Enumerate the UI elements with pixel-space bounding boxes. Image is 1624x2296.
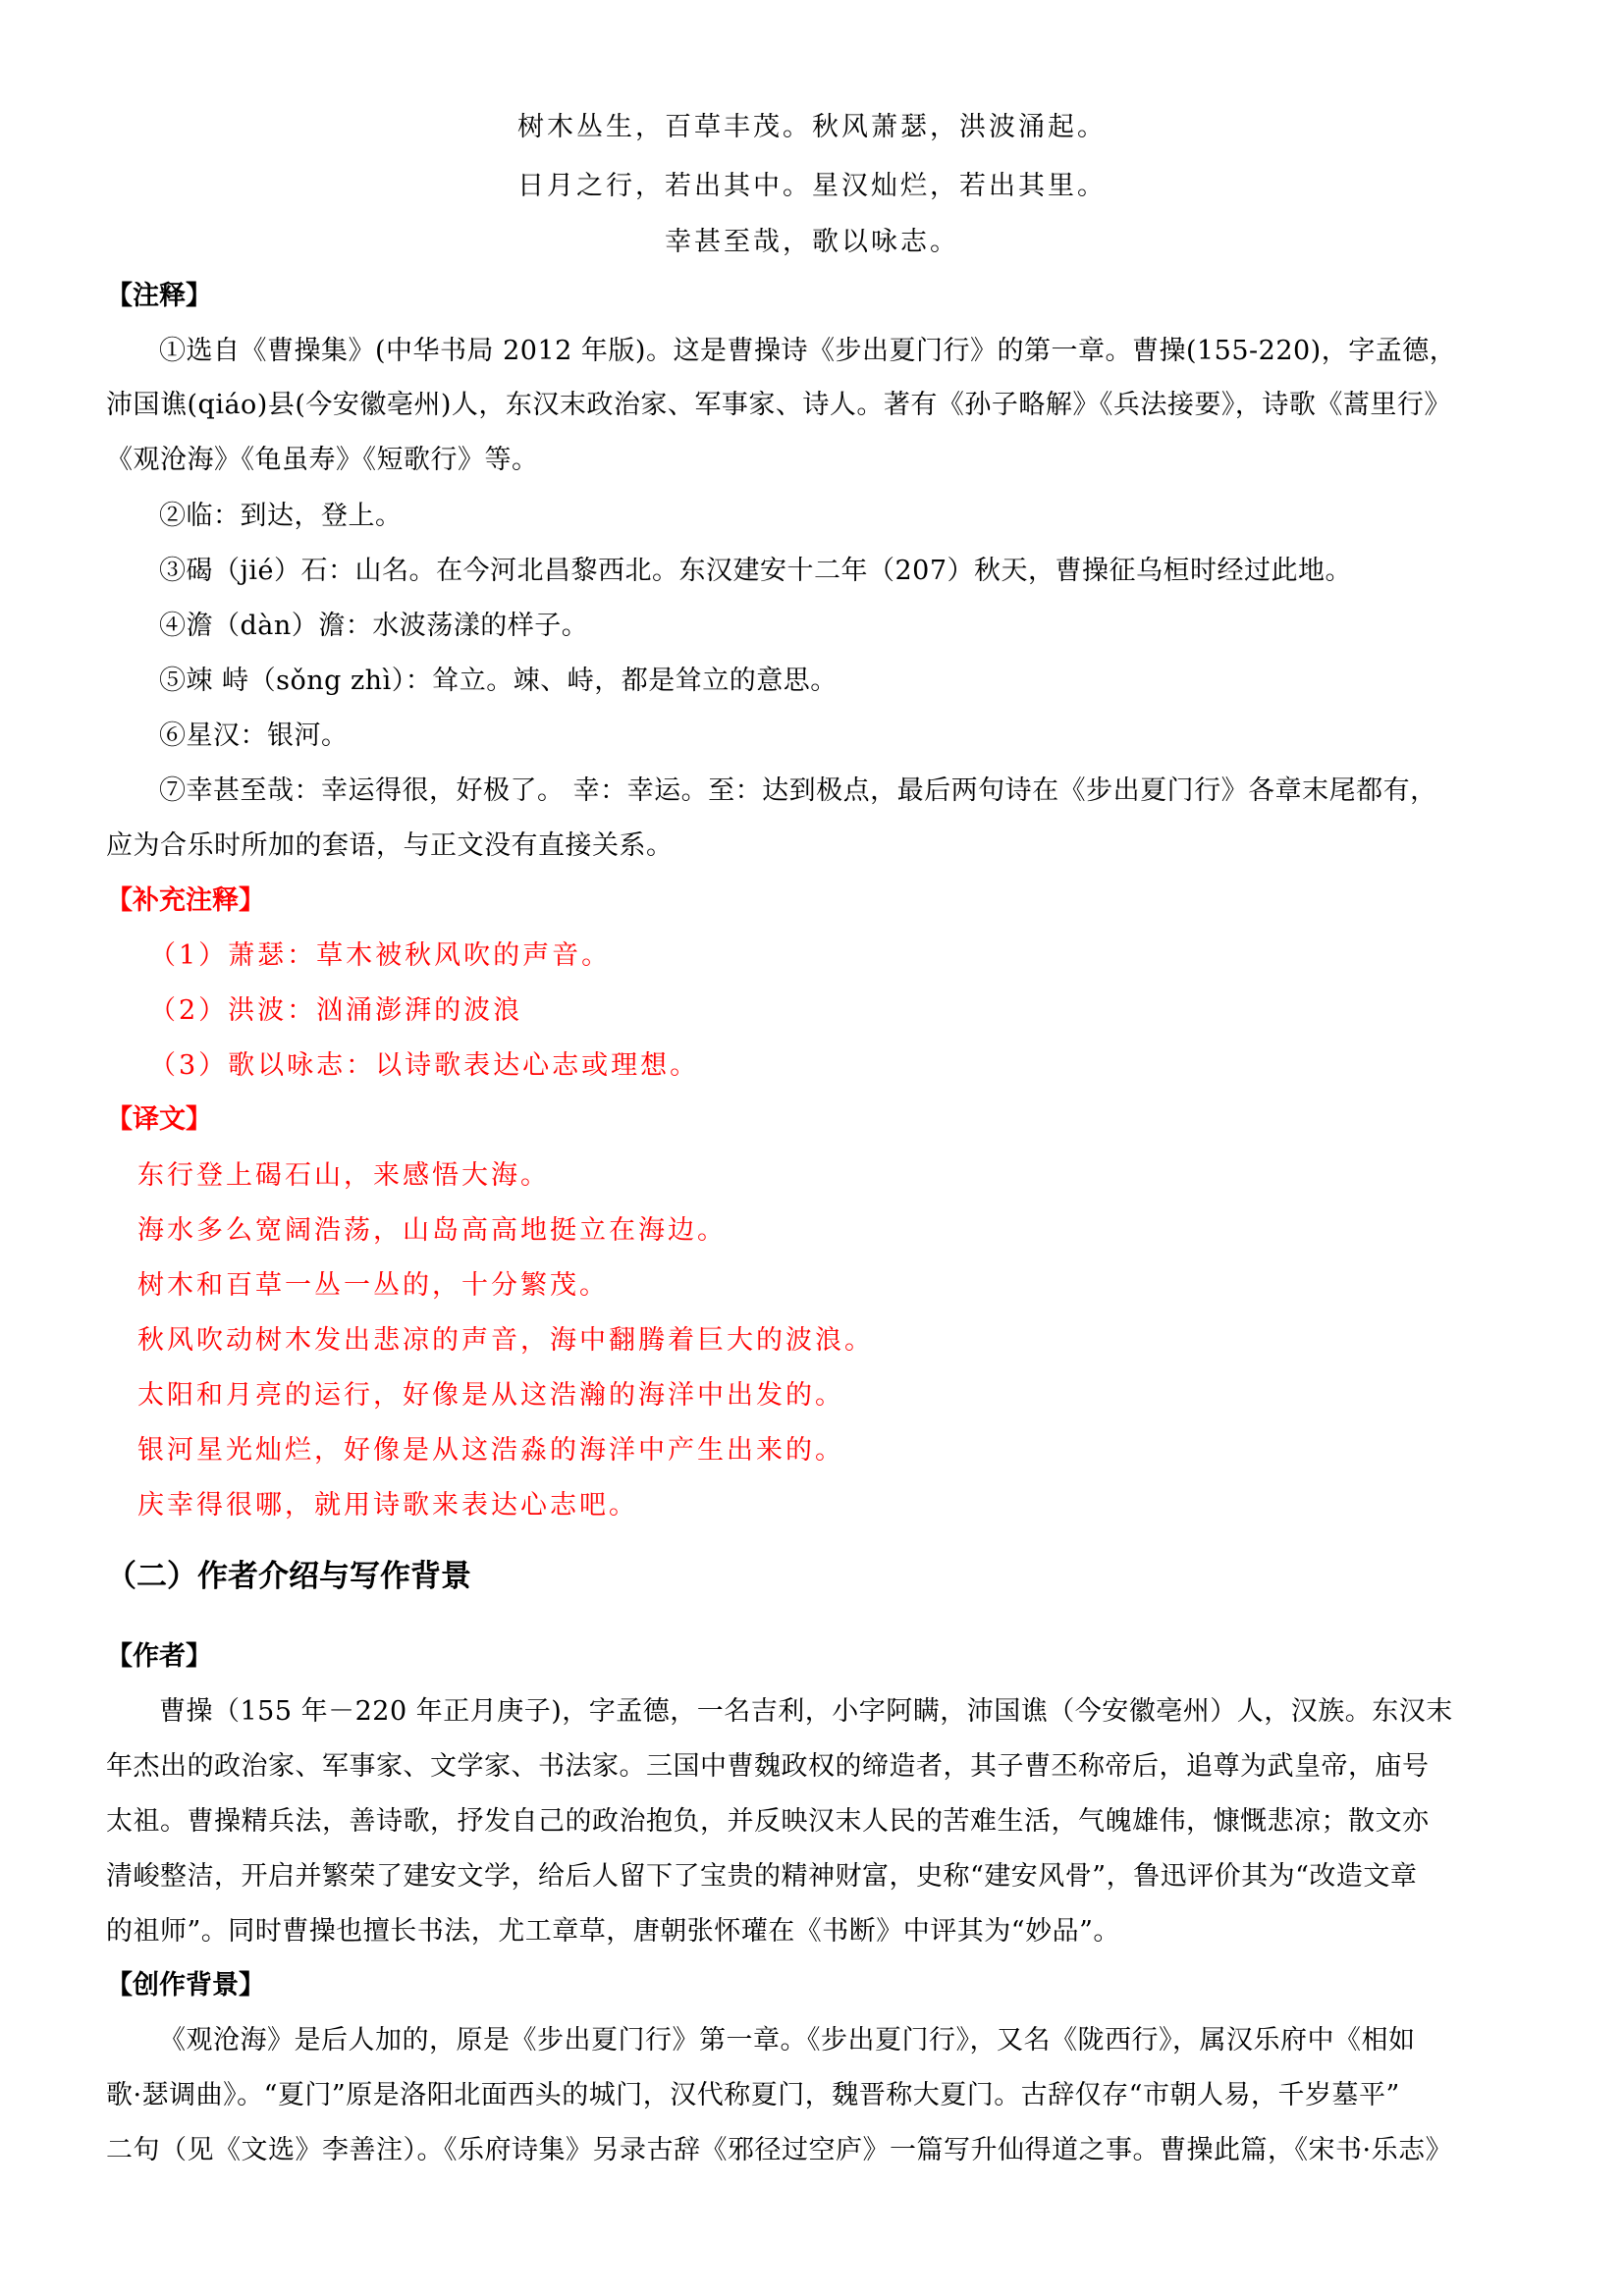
poem-line: 树木丛生，百草丰茂。秋风萧瑟，洪波涌起。 [0, 110, 1624, 145]
note-item: ⑥星汉：银河。 [159, 719, 349, 754]
supplementary-note-item: （1）萧瑟：草木被秋风吹的声音。 [149, 938, 611, 974]
note-item: ④澹（dàn）澹：水波荡漾的样子。 [159, 609, 588, 644]
translation-line: 海水多么宽阔浩荡，山岛高高地挺立在海边。 [137, 1213, 727, 1249]
translation-line: 银河星光灿烂，好像是从这浩淼的海洋中产生出来的。 [137, 1433, 844, 1468]
note-item: ⑤竦 峙（sǒng zhì）：耸立。竦、峙，都是耸立的意思。 [159, 664, 838, 699]
note-item: ②临：到达，登上。 [159, 499, 403, 534]
document-page: 树木丛生，百草丰茂。秋风萧瑟，洪波涌起。 日月之行，若出其中。星汉灿烂，若出其里… [0, 0, 1624, 2296]
poem-line: 日月之行，若出其中。星汉灿烂，若出其里。 [0, 169, 1624, 204]
note-item: ③碣（jié）石：山名。在今河北昌黎西北。东汉建安十二年（207）秋天，曹操征乌… [159, 554, 1352, 589]
translation-line: 庆幸得很哪，就用诗歌来表达心志吧。 [137, 1488, 638, 1523]
author-paragraph-line: 曹操（155 年－220 年正月庚子)，字孟德，一名吉利，小字阿瞒，沛国谯（今安… [159, 1694, 1453, 1730]
author-paragraph-line: 清峻整洁，开启并繁荣了建安文学，给后人留下了宝贵的精神财富，史称“建安风骨”，鲁… [106, 1859, 1417, 1895]
note-item: 应为合乐时所加的套语，与正文没有直接关系。 [106, 828, 674, 864]
background-paragraph-line: 二句（见《文选》李善注）。《乐府诗集》另录古辞《邪径过空庐》一篇写升仙得道之事。… [106, 2133, 1452, 2168]
supplementary-note-item: （2）洪波：汹涌澎湃的波浪 [149, 993, 522, 1029]
translation-line: 太阳和月亮的运行，好像是从这浩瀚的海洋中出发的。 [137, 1378, 844, 1414]
background-paragraph-line: 歌·瑟调曲》。“夏门”原是洛阳北面西头的城门，汉代称夏门，魏晋称大夏门。古辞仅存… [106, 2078, 1400, 2113]
author-paragraph-line: 年杰出的政治家、军事家、文学家、书法家。三国中曹魏政权的缔造者，其子曹丕称帝后，… [106, 1749, 1430, 1785]
poem-line: 幸甚至哉，歌以咏志。 [0, 225, 1624, 260]
note-item: ①选自《曹操集》(中华书局 2012 年版)。这是曹操诗《步出夏门行》的第一章。… [159, 334, 1456, 369]
note-item: ⑦幸甚至哉：幸运得很，好极了。 幸：幸运。至：达到极点，最后两句诗在《步出夏门行… [159, 774, 1437, 809]
author-paragraph-line: 太祖。曹操精兵法，善诗歌，抒发自己的政治抱负，并反映汉末人民的苦难生活，气魄雄伟… [106, 1804, 1430, 1840]
author-paragraph-line: 的祖师”。同时曹操也擅长书法，尤工章草，唐朝张怀瓘在《书断》中评其为“妙品”。 [106, 1914, 1120, 1949]
translation-line: 树木和百草一丛一丛的，十分繁茂。 [137, 1268, 609, 1304]
translation-line: 东行登上碣石山，来感悟大海。 [137, 1158, 550, 1194]
translation-heading: 【译文】 [106, 1102, 212, 1138]
supplementary-note-item: （3）歌以咏志：以诗歌表达心志或理想。 [149, 1048, 699, 1084]
translation-line: 秋风吹动树木发出悲凉的声音，海中翻腾着巨大的波浪。 [137, 1323, 874, 1359]
background-heading: 【创作背景】 [106, 1968, 265, 2003]
author-heading: 【作者】 [106, 1639, 212, 1675]
supplementary-notes-heading: 【补充注释】 [106, 883, 265, 919]
section-title: （二）作者介绍与写作背景 [106, 1559, 471, 1594]
background-paragraph-line: 《观沧海》是后人加的，原是《步出夏门行》第一章。《步出夏门行》，又名《陇西行》，… [159, 2023, 1416, 2058]
note-item: 《观沧海》《龟虽寿》《短歌行》等。 [106, 443, 539, 478]
notes-heading: 【注释】 [106, 279, 212, 314]
note-item: 沛国谯(qiáo)县(今安徽亳州)人，东汉末政治家、军事家、诗人。著有《孙子略解… [106, 388, 1451, 423]
